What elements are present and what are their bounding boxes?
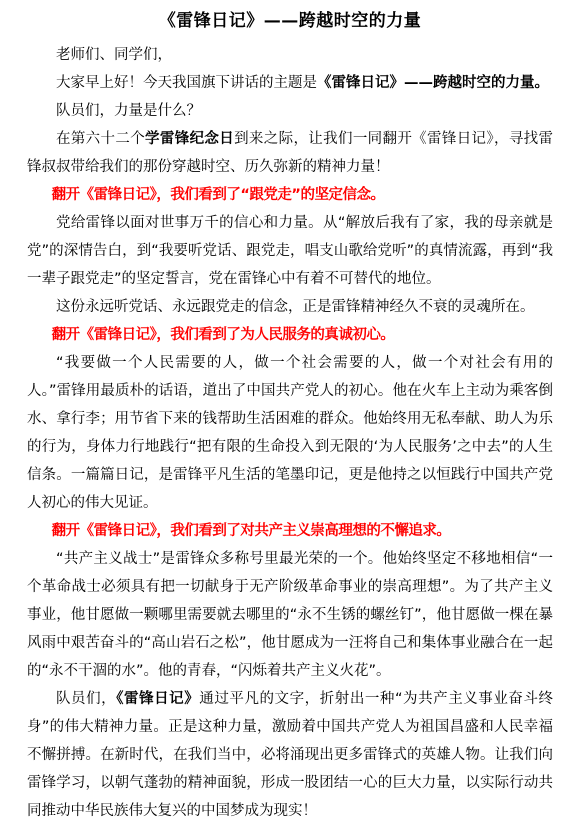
paragraph: “共产主义战士”是雷锋众多称号里最光荣的一个。他始终坚定不移地相信“一个革命战士… [27,545,553,685]
document-body: 老师们、同学们，大家早上好！今天我国旗下讲话的主题是《雷锋日记》——跨越时空的力… [27,41,553,825]
text-segment: 党给雷锋以面对世事万千的信心和力量。从“解放后我有了家，我的母亲就是党”的深情告… [27,215,553,287]
section-heading: 翻开《雷锋日记》，我们看到了为人民服务的真诚初心。 [27,321,553,349]
text-segment: 通过平凡的文字，折射出一种“为共产主义事业奋斗终身”的伟大精神力量。正是这种力量… [27,691,553,819]
text-segment: 学雷锋纪念日 [145,131,234,147]
document-page: 《雷锋日记》——跨越时空的力量 老师们、同学们，大家早上好！今天我国旗下讲话的主… [0,0,580,829]
text-segment: 翻开《雷锋日记》，我们看到了为人民服务的真诚初心。 [52,327,395,343]
text-segment: “我要做一个人民需要的人，做一个社会需要的人，做一个对社会有用的人。”雷锋用最质… [27,355,553,511]
paragraph: 老师们、同学们， [27,41,553,69]
document-title: 《雷锋日记》——跨越时空的力量 [27,6,553,36]
section-heading: 翻开《雷锋日记》，我们看到了“跟党走”的坚定信念。 [27,181,553,209]
text-segment: 翻开《雷锋日记》，我们看到了“跟党走”的坚定信念。 [52,187,385,203]
section-heading: 翻开《雷锋日记》，我们看到了对共产主义崇高理想的不懈追求。 [27,517,553,545]
text-segment: 大家早上好！今天我国旗下讲话的主题是 [56,75,317,91]
text-segment: 老师们、同学们， [56,47,172,63]
text-segment: 在第六十二个 [56,131,145,147]
paragraph: 这份永远听党话、永远跟党走的信念，正是雷锋精神经久不衰的灵魂所在。 [27,293,553,321]
text-segment: 这份永远听党话、永远跟党走的信念，正是雷锋精神经久不衰的灵魂所在。 [56,299,535,315]
text-segment: 《雷锋日记》——跨越时空的力量。 [317,75,549,91]
text-segment: 《雷锋日记》 [116,691,199,707]
paragraph: “我要做一个人民需要的人，做一个社会需要的人，做一个对社会有用的人。”雷锋用最质… [27,349,553,517]
paragraph: 队员们，《雷锋日记》通过平凡的文字，折射出一种“为共产主义事业奋斗终身”的伟大精… [27,685,553,825]
paragraph: 队员们，力量是什么？ [27,97,553,125]
paragraph: 党给雷锋以面对世事万千的信心和力量。从“解放后我有了家，我的母亲就是党”的深情告… [27,209,553,293]
text-segment: 队员们， [56,691,116,707]
paragraph: 在第六十二个学雷锋纪念日到来之际，让我们一同翻开《雷锋日记》，寻找雷锋叔叔带给我… [27,125,553,181]
text-segment: 翻开《雷锋日记》，我们看到了对共产主义崇高理想的不懈追求。 [52,523,451,539]
text-segment: 队员们，力量是什么？ [56,103,201,119]
paragraph: 大家早上好！今天我国旗下讲话的主题是《雷锋日记》——跨越时空的力量。 [27,69,553,97]
text-segment: “共产主义战士”是雷锋众多称号里最光荣的一个。他始终坚定不移地相信“一个革命战士… [27,551,553,679]
